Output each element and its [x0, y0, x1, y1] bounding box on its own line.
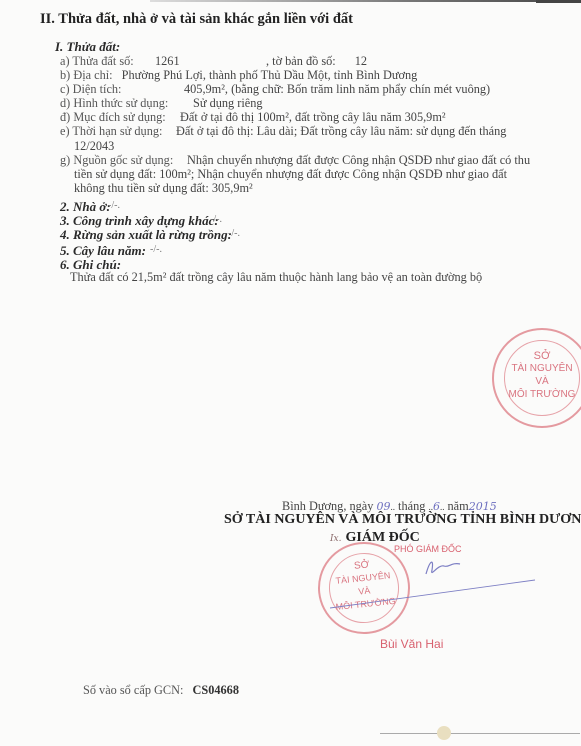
- scan-edge-corner: [536, 0, 581, 3]
- area-row: c) Diện tích: 405,9m², (bằng chữ: Bốn tr…: [60, 82, 121, 97]
- usage-term-value: Đất ở tại đô thị: Lâu dài; Đất trồng cây…: [176, 124, 506, 139]
- parcel-heading: I. Thửa đất:: [55, 39, 120, 55]
- origin-row: g) Nguồn gốc sử dụng: Nhận chuyển nhượng…: [60, 153, 173, 168]
- scan-edge: [150, 0, 580, 2]
- item-label: 4. Rừng sản xuất là rừng trồng:: [60, 227, 232, 242]
- place-date-prefix: Bình Dương, ngày: [282, 499, 373, 513]
- address-value: Phường Phú Lợi, thành phố Thủ Dầu Một, t…: [122, 68, 418, 82]
- usage-term-cont: 12/2043: [74, 139, 114, 154]
- item-value: -/-.: [108, 200, 120, 211]
- item-value: -/-.: [228, 228, 240, 239]
- gcn-value: CS04668: [193, 683, 239, 697]
- signer-name: Bùi Văn Hai: [380, 637, 443, 651]
- map-sheet-label: , tờ bản đồ số:: [266, 54, 336, 68]
- map-sheet-row: , tờ bản đồ số: 12: [266, 54, 367, 69]
- tl-mark: Ix.: [330, 534, 342, 544]
- agency-name: SỞ TÀI NGUYÊN VÀ MÔI TRƯỜNG TỈNH BÌNH DƯ…: [224, 512, 581, 528]
- usage-term-label: e) Thời hạn sử dụng:: [60, 124, 162, 138]
- area-label: c) Diện tích:: [60, 82, 121, 96]
- item-value: -/-.: [210, 214, 222, 225]
- parcel-number-label: a) Thửa đất số:: [60, 54, 134, 68]
- month-label: tháng: [398, 499, 425, 513]
- map-sheet-value: 12: [355, 54, 367, 68]
- section-title: II. Thửa đất, nhà ở và tài sản khác gắn …: [40, 11, 353, 28]
- usage-form-label: d) Hình thức sử dụng:: [60, 96, 168, 110]
- note-text: Thửa đất có 21,5m² đất trồng cây lâu năm…: [70, 270, 482, 285]
- address-row: b) Địa chỉ: Phường Phú Lợi, thành phố Th…: [60, 68, 417, 83]
- item-label: 5. Cây lâu năm:: [60, 243, 146, 258]
- parcel-number-value: 1261: [155, 54, 180, 69]
- bottom-seal-mark: [437, 726, 451, 740]
- usage-term-row: e) Thời hạn sử dụng: Đất ở tại đô thị: L…: [60, 124, 162, 139]
- official-stamp-edge: SỞ TÀI NGUYÊN VÀ MÔI TRƯỜNG: [492, 328, 581, 428]
- usage-form-value: Sử dụng riêng: [193, 96, 263, 111]
- gcn-label: Số vào sổ cấp GCN:: [83, 683, 183, 697]
- usage-purpose-row: đ) Mục đích sử dụng: Đất ở tại đô thị 10…: [60, 110, 166, 125]
- item-value: -/-.: [150, 244, 162, 255]
- origin-value: Nhận chuyển nhượng đất được Công nhận QS…: [187, 153, 530, 168]
- usage-form-row: d) Hình thức sử dụng: Sử dụng riêng: [60, 96, 168, 111]
- signature-icon: [330, 550, 540, 610]
- usage-purpose-label: đ) Mục đích sử dụng:: [60, 110, 166, 124]
- bottom-rule: [380, 733, 580, 734]
- year-label: năm: [448, 499, 469, 513]
- origin-value-2: tiền sử dụng đất: 100m²; Nhận chuyển như…: [74, 167, 507, 182]
- parcel-number-row: a) Thửa đất số: 1261: [60, 54, 134, 69]
- area-value: 405,9m², (bằng chữ: Bốn trăm linh năm ph…: [184, 82, 490, 97]
- usage-purpose-value: Đất ở tại đô thị 100m², đất trồng cây lâ…: [180, 110, 446, 125]
- origin-label: g) Nguồn gốc sử dụng:: [60, 153, 173, 167]
- address-label: b) Địa chỉ:: [60, 68, 113, 82]
- origin-value-3: không thu tiền sử dụng đất: 305,9m²: [74, 181, 253, 196]
- gcn-row: Số vào sổ cấp GCN: CS04668: [83, 683, 239, 698]
